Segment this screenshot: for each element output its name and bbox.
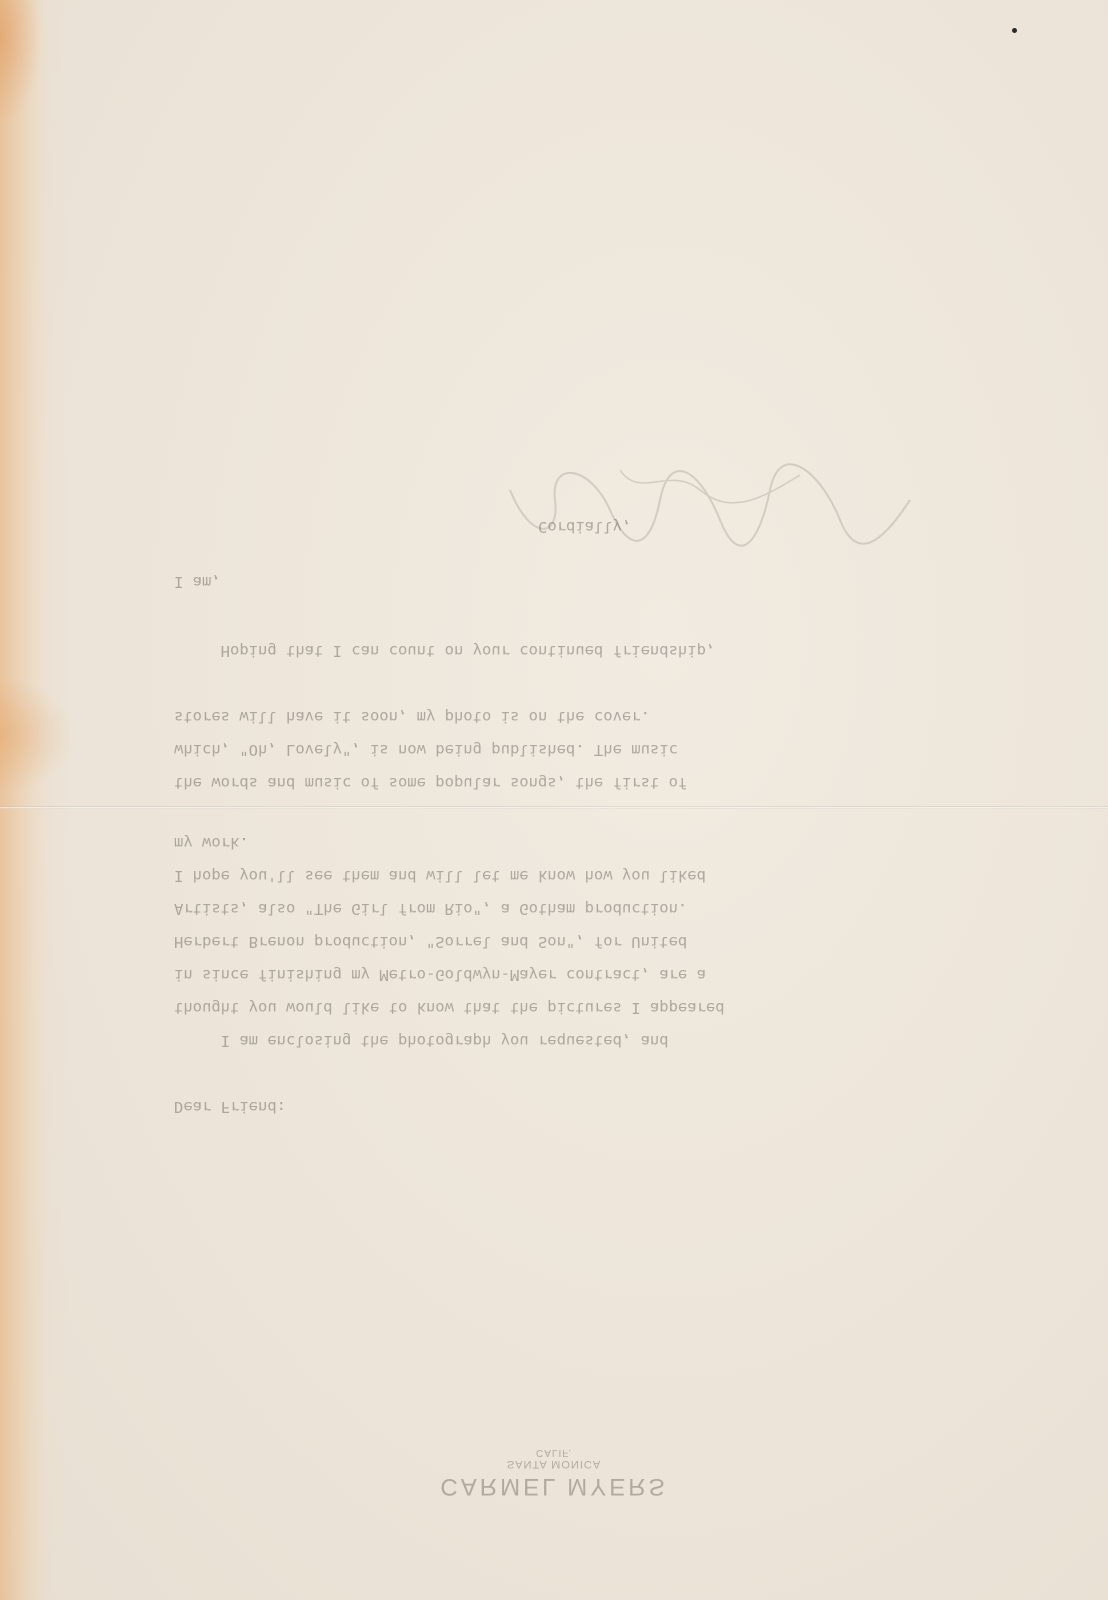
signature-scrawl — [500, 450, 920, 560]
salutation: Dear Friend: — [174, 1098, 286, 1116]
body-line: I hope you'll see them and will let me k… — [174, 867, 706, 885]
body-line: thought you would like to know that the … — [174, 999, 725, 1017]
body-line: Artists, also "The Girl from Rio", a Got… — [174, 900, 687, 918]
body-line: my work. — [174, 834, 249, 852]
show-through-text: CARMEL MYERS SANTA MONICA CALIF. Dear Fr… — [0, 0, 1108, 1600]
letterhead-city: SANTA MONICA — [0, 1458, 1108, 1470]
body-line: Herbert Brenon production, "Sorrel and S… — [174, 933, 687, 951]
letter-page: CARMEL MYERS SANTA MONICA CALIF. Dear Fr… — [0, 0, 1108, 1600]
body-line: in since finishing my Metro-Goldwyn-Maye… — [174, 966, 706, 984]
body-line: which, "Oh, Lovely", is now being publis… — [174, 741, 678, 759]
closing: I am, — [174, 573, 221, 591]
letterhead: CARMEL MYERS SANTA MONICA CALIF. — [0, 1447, 1108, 1500]
letterhead-state: CALIF. — [0, 1447, 1108, 1458]
body-line: the words and music of some popular song… — [174, 774, 687, 792]
body-line: stores will have it soon, my photo is on… — [174, 708, 650, 726]
body-line: I am enclosing the photograph you reques… — [174, 1032, 669, 1050]
letterhead-name: CARMEL MYERS — [0, 1472, 1108, 1500]
body-line: Hoping that I can count on your continue… — [174, 642, 715, 660]
